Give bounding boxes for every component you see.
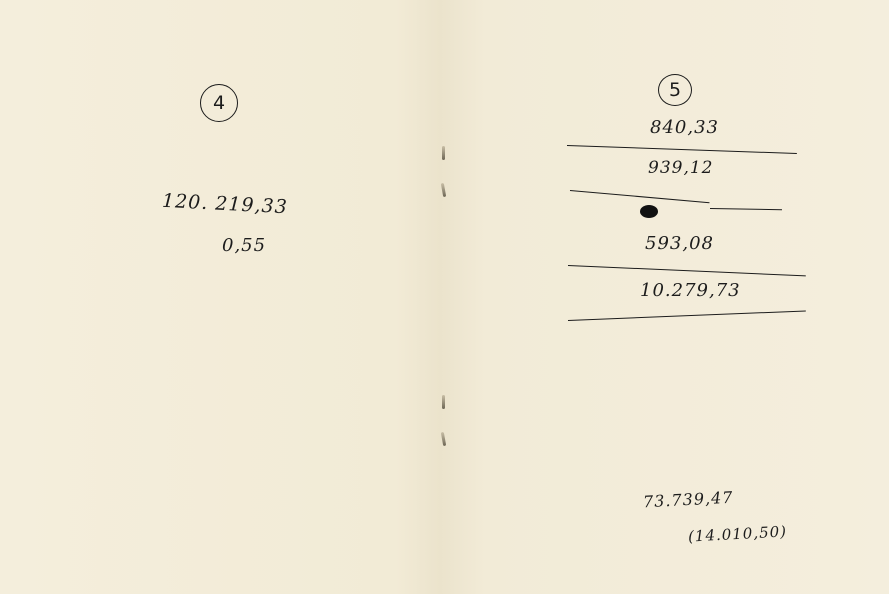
page-number: 4 [213,92,225,114]
ledger-rule [567,145,797,154]
left-page: 4 120. 219,33 0,55 [0,0,440,594]
ledger-rule [710,208,782,210]
page-number-circle: 4 [200,84,238,122]
total-amount: 73.739,47 [643,488,734,512]
ledger-entry: 840,33 [650,117,719,138]
handwritten-amount: 120. 219,33 [162,190,289,219]
staple [442,146,445,160]
ledger-entry: 10.279,73 [640,280,741,301]
ledger-entry: 593,08 [645,233,714,254]
page-number: 5 [669,79,681,101]
subtotal-amount: (14.010,50) [688,522,788,545]
ledger-rule [568,310,806,321]
staple [442,395,445,409]
handwritten-amount: 0,55 [222,235,266,256]
page-number-circle: 5 [658,74,692,106]
ledger-rule [568,265,806,276]
ledger-rule [570,190,710,203]
ledger-entry: 939,12 [648,158,713,178]
right-page: 5 840,33 939,12 593,08 10.279,73 73.739,… [440,0,889,594]
ink-blot [640,205,658,218]
